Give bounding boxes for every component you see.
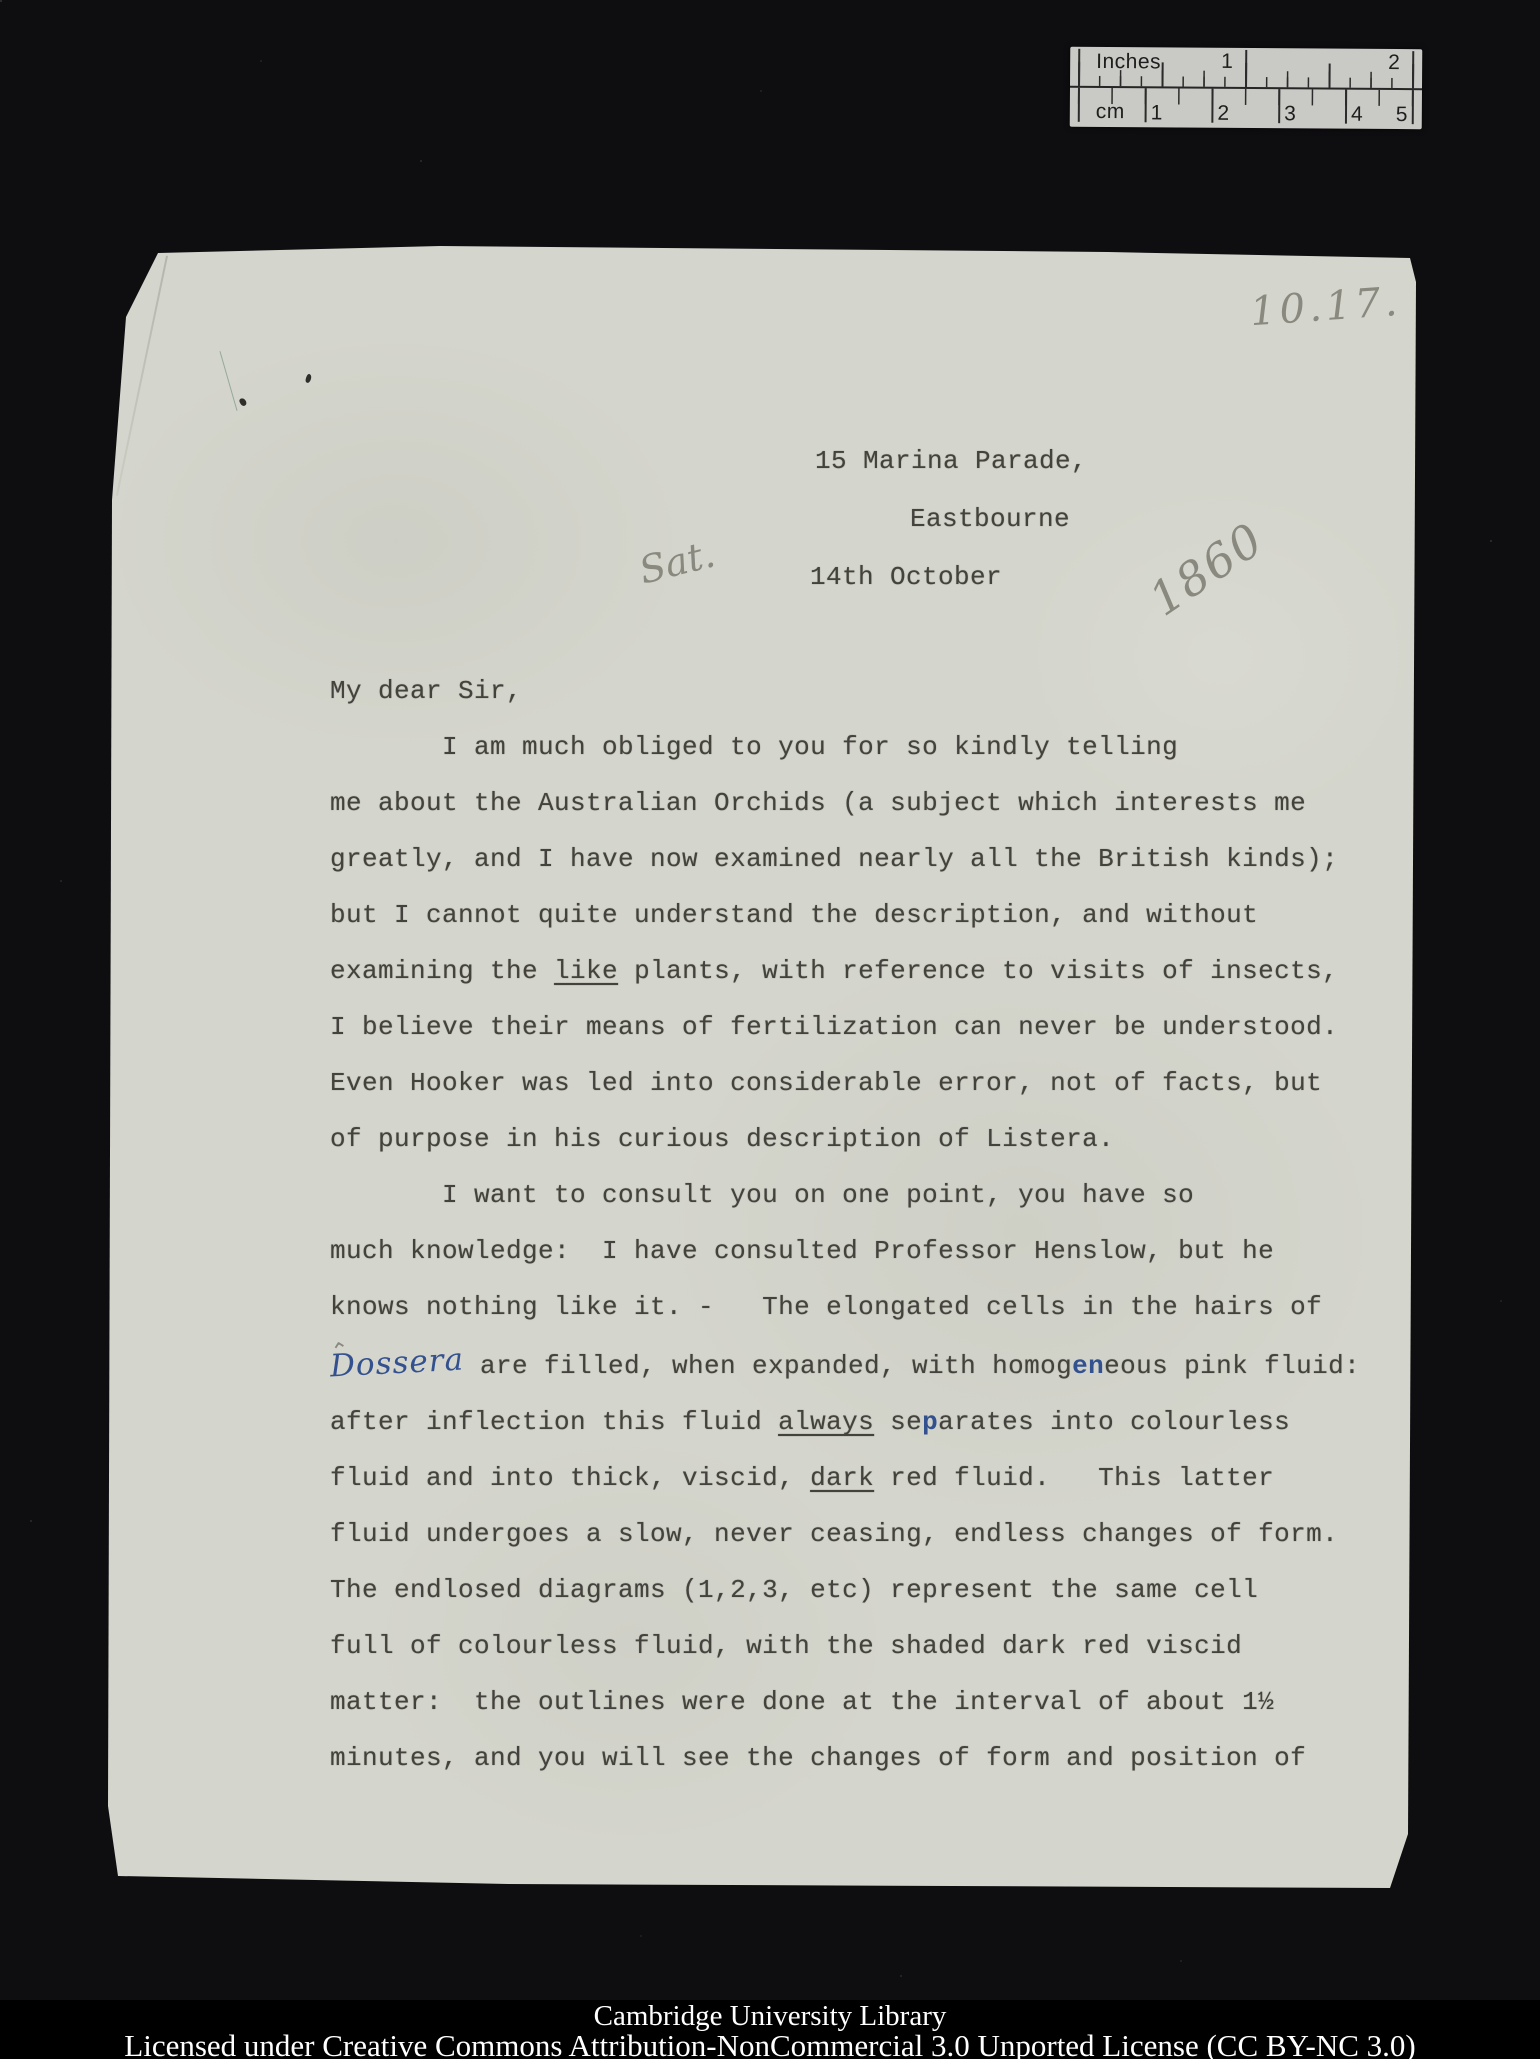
photograph-background: Inches 12 cm 12345 10.17. Sat. 1860 15 M… <box>0 0 1540 2059</box>
ruler-cm-number: 3 <box>1284 102 1296 126</box>
letter-line: minutes, and you will see the changes of… <box>330 1730 1390 1786</box>
letter-line: but I cannot quite understand the descri… <box>330 887 1390 943</box>
typed-text: like <box>554 956 618 986</box>
ruler-inches-label: Inches <box>1096 50 1161 74</box>
archival-number-annotation: 10.17. <box>1249 279 1403 335</box>
letter-line: after inflection this fluid always separ… <box>330 1394 1390 1450</box>
typed-text: knows nothing like it. - The elongated c… <box>330 1292 1322 1322</box>
letter-line: full of colourless fluid, with the shade… <box>330 1618 1390 1674</box>
ink-speck <box>305 373 313 383</box>
typed-text: red fluid. This latter <box>874 1463 1274 1493</box>
ink-speck <box>238 397 247 407</box>
ruler: Inches 12 cm 12345 <box>1070 47 1423 129</box>
typed-text: p <box>922 1407 938 1437</box>
typed-text: I want to consult you on one point, you … <box>330 1180 1194 1210</box>
typed-text: se <box>874 1407 922 1437</box>
typed-text: minutes, and you will see the changes of… <box>330 1743 1306 1773</box>
day-annotation: Sat. <box>635 531 719 592</box>
letter-line: matter: the outlines were done at the in… <box>330 1674 1390 1730</box>
ruler-cm-label: cm <box>1096 100 1125 124</box>
letter-line: The endlosed diagrams (1,2,3, etc) repre… <box>330 1562 1390 1618</box>
letter-line: I believe their means of fertilization c… <box>330 999 1390 1055</box>
typed-text: of purpose in his curious description of… <box>330 1124 1114 1154</box>
typed-text: dark <box>810 1463 874 1493</box>
ruler-cm-scale: cm 12345 <box>1070 86 1422 129</box>
letter-line: much knowledge: I have consulted Profess… <box>330 1223 1390 1279</box>
address-line: 15 Marina Parade, <box>815 432 1087 490</box>
typed-text: arates into colourless <box>938 1407 1290 1437</box>
letter-line: Dossera are filled, when expanded, with … <box>330 1335 1390 1394</box>
typed-text: greatly, and I have now examined nearly … <box>330 844 1338 874</box>
letter-line: fluid and into thick, viscid, dark red f… <box>330 1450 1390 1506</box>
typed-text: after inflection this fluid <box>330 1407 778 1437</box>
letter-body: My dear Sir, I am much obliged to you fo… <box>330 663 1390 1786</box>
typed-text: en <box>1072 1351 1104 1381</box>
letter-line: fluid undergoes a slow, never ceasing, e… <box>330 1506 1390 1562</box>
ruler-inch-number: 1 <box>1221 50 1233 74</box>
license-statement: Licensed under Creative Commons Attribut… <box>0 2031 1540 2059</box>
paper-scratch <box>219 351 237 411</box>
handwritten-word: Dossera <box>329 1332 466 1395</box>
letter-line: My dear Sir, <box>330 663 1390 719</box>
ruler-cm-number: 2 <box>1217 102 1229 126</box>
ruler-cm-number: 4 <box>1351 103 1363 127</box>
address-line: 14th October <box>810 548 1087 606</box>
address-line: Eastbourne <box>910 490 1087 548</box>
typed-text: eous pink fluid: <box>1104 1351 1360 1381</box>
typed-text: but I cannot quite understand the descri… <box>330 900 1258 930</box>
letter-line: knows nothing like it. - The elongated c… <box>330 1279 1390 1335</box>
ruler-cm-number: 5 <box>1396 103 1408 127</box>
corner-fold-crease <box>116 256 168 496</box>
typed-text: fluid undergoes a slow, never ceasing, e… <box>330 1519 1338 1549</box>
typed-text: full of colourless fluid, with the shade… <box>330 1631 1242 1661</box>
typed-text: I believe their means of fertilization c… <box>330 1012 1338 1042</box>
typed-text: examining the <box>330 956 554 986</box>
dust-specks <box>0 0 2 2</box>
library-credit: Cambridge University Library <box>0 2002 1540 2031</box>
letter-line: greatly, and I have now examined nearly … <box>330 831 1390 887</box>
attribution-footer: Cambridge University Library Licensed un… <box>0 2000 1540 2059</box>
typed-text: plants, with reference to visits of inse… <box>618 956 1338 986</box>
letter-line: I want to consult you on one point, you … <box>330 1167 1390 1223</box>
ruler-inch-number: 2 <box>1388 51 1400 75</box>
letter-line: Even Hooker was led into considerable er… <box>330 1055 1390 1111</box>
letter-line: of purpose in his curious description of… <box>330 1111 1390 1167</box>
ruler-inch-scale: Inches 12 <box>1070 47 1422 88</box>
typed-text: Even Hooker was led into considerable er… <box>330 1068 1322 1098</box>
address-block: 15 Marina Parade,Eastbourne14th October <box>815 432 1087 606</box>
letter-line: examining the like plants, with referenc… <box>330 943 1390 999</box>
typed-text: My dear Sir, <box>330 676 522 706</box>
typed-text: fluid and into thick, viscid, <box>330 1463 810 1493</box>
letter-line: I am much obliged to you for so kindly t… <box>330 719 1390 775</box>
typed-text: The endlosed diagrams (1,2,3, etc) repre… <box>330 1575 1258 1605</box>
year-annotation: 1860 <box>1140 512 1274 627</box>
typed-text: me about the Australian Orchids (a subje… <box>330 788 1306 818</box>
letter-line: me about the Australian Orchids (a subje… <box>330 775 1390 831</box>
typed-text: I am much obliged to you for so kindly t… <box>330 732 1178 762</box>
ruler-cm-number: 1 <box>1151 101 1163 125</box>
typed-text: are filled, when expanded, with homog <box>464 1351 1072 1381</box>
typed-text: much knowledge: I have consulted Profess… <box>330 1236 1274 1266</box>
typed-text: always <box>778 1407 874 1437</box>
typed-text: matter: the outlines were done at the in… <box>330 1687 1274 1717</box>
letter-page: 10.17. Sat. 1860 15 Marina Parade,Eastbo… <box>108 246 1416 1888</box>
